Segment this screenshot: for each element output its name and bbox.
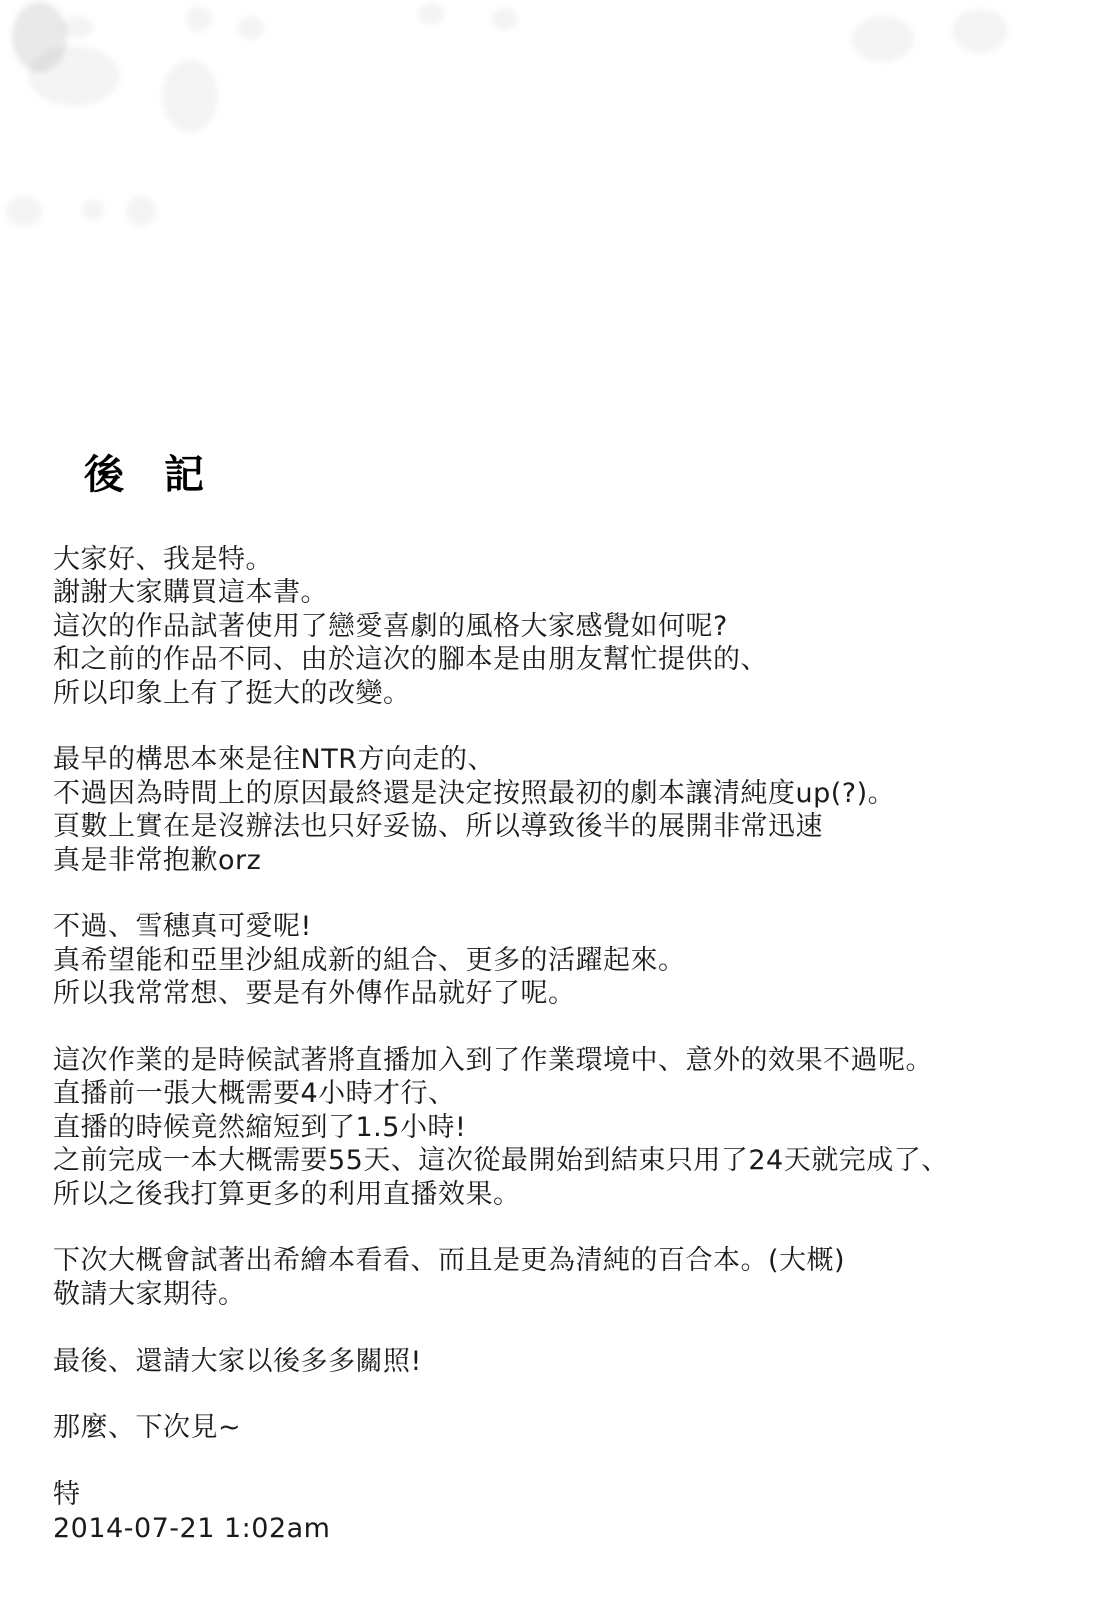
page-title: 後 記 — [84, 443, 204, 500]
paragraph: 那麼、下次見~ — [53, 1411, 1103, 1444]
text-line: 和之前的作品不同、由於這次的腳本是由朋友幫忙提供的、 — [53, 643, 1103, 676]
text-line: 所以之後我打算更多的利用直播效果。 — [53, 1178, 1103, 1211]
signature-datetime: 2014-07-21 1:02am — [53, 1512, 1103, 1545]
text-line: 最早的構思本來是往NTR方向走的、 — [53, 743, 1103, 776]
text-line: 大家好、我是特。 — [53, 543, 1103, 576]
text-line: 不過因為時間上的原因最終還是決定按照最初的劇本讓清純度up(?)。 — [53, 777, 1103, 810]
text-line: 謝謝大家購買這本書。 — [53, 576, 1103, 609]
paragraph: 大家好、我是特。謝謝大家購買這本書。這次的作品試著使用了戀愛喜劇的風格大家感覺如… — [53, 543, 1103, 710]
signature-author: 特 — [53, 1478, 1103, 1511]
scan-artifact — [82, 200, 104, 220]
scan-artifact — [852, 16, 914, 62]
afterword-body: 大家好、我是特。謝謝大家購買這本書。這次的作品試著使用了戀愛喜劇的風格大家感覺如… — [53, 543, 1103, 1578]
text-line: 真希望能和亞里沙組成新的組合、更多的活躍起來。 — [53, 944, 1103, 977]
text-line: 下次大概會試著出希繪本看看、而且是更為清純的百合本。(大概) — [53, 1244, 1103, 1277]
scan-artifact — [418, 3, 444, 25]
scan-artifact — [62, 16, 94, 38]
paragraph: 不過、雪穗真可愛呢!真希望能和亞里沙組成新的組合、更多的活躍起來。所以我常常想、… — [53, 910, 1103, 1010]
paragraph: 最早的構思本來是往NTR方向走的、不過因為時間上的原因最終還是決定按照最初的劇本… — [53, 743, 1103, 877]
scan-artifact — [28, 46, 120, 106]
text-line: 不過、雪穗真可愛呢! — [53, 910, 1103, 943]
text-line: 這次的作品試著使用了戀愛喜劇的風格大家感覺如何呢? — [53, 610, 1103, 643]
paragraph: 特2014-07-21 1:02am — [53, 1478, 1103, 1545]
text-line: 所以印象上有了挺大的改變。 — [53, 677, 1103, 710]
text-line: 最後、還請大家以後多多關照! — [53, 1345, 1103, 1378]
afterword-page: 後 記 大家好、我是特。謝謝大家購買這本書。這次的作品試著使用了戀愛喜劇的風格大… — [0, 0, 1119, 1614]
text-line: 那麼、下次見~ — [53, 1411, 1103, 1444]
scan-artifact — [186, 6, 212, 32]
scan-artifact — [492, 8, 518, 30]
scan-artifact — [162, 60, 218, 132]
scan-artifact — [126, 196, 156, 226]
paragraph: 下次大概會試著出希繪本看看、而且是更為清純的百合本。(大概)敬請大家期待。 — [53, 1244, 1103, 1311]
text-line: 敬請大家期待。 — [53, 1278, 1103, 1311]
text-line: 頁數上實在是沒辦法也只好妥協、所以導致後半的展開非常迅速 — [53, 810, 1103, 843]
paragraph: 這次作業的是時候試著將直播加入到了作業環境中、意外的效果不過呢。直播前一張大概需… — [53, 1044, 1103, 1211]
paragraph: 最後、還請大家以後多多關照! — [53, 1345, 1103, 1378]
text-line: 之前完成一本大概需要55天、這次從最開始到結束只用了24天就完成了、 — [53, 1144, 1103, 1177]
text-line: 直播的時候竟然縮短到了1.5小時! — [53, 1111, 1103, 1144]
text-line: 所以我常常想、要是有外傳作品就好了呢。 — [53, 977, 1103, 1010]
scan-artifact — [6, 196, 42, 226]
text-line: 真是非常抱歉orz — [53, 844, 1103, 877]
text-line: 這次作業的是時候試著將直播加入到了作業環境中、意外的效果不過呢。 — [53, 1044, 1103, 1077]
text-line: 直播前一張大概需要4小時才行、 — [53, 1077, 1103, 1110]
scan-artifact — [238, 16, 264, 40]
scan-artifact — [952, 9, 1008, 53]
scan-artifact — [12, 2, 67, 72]
